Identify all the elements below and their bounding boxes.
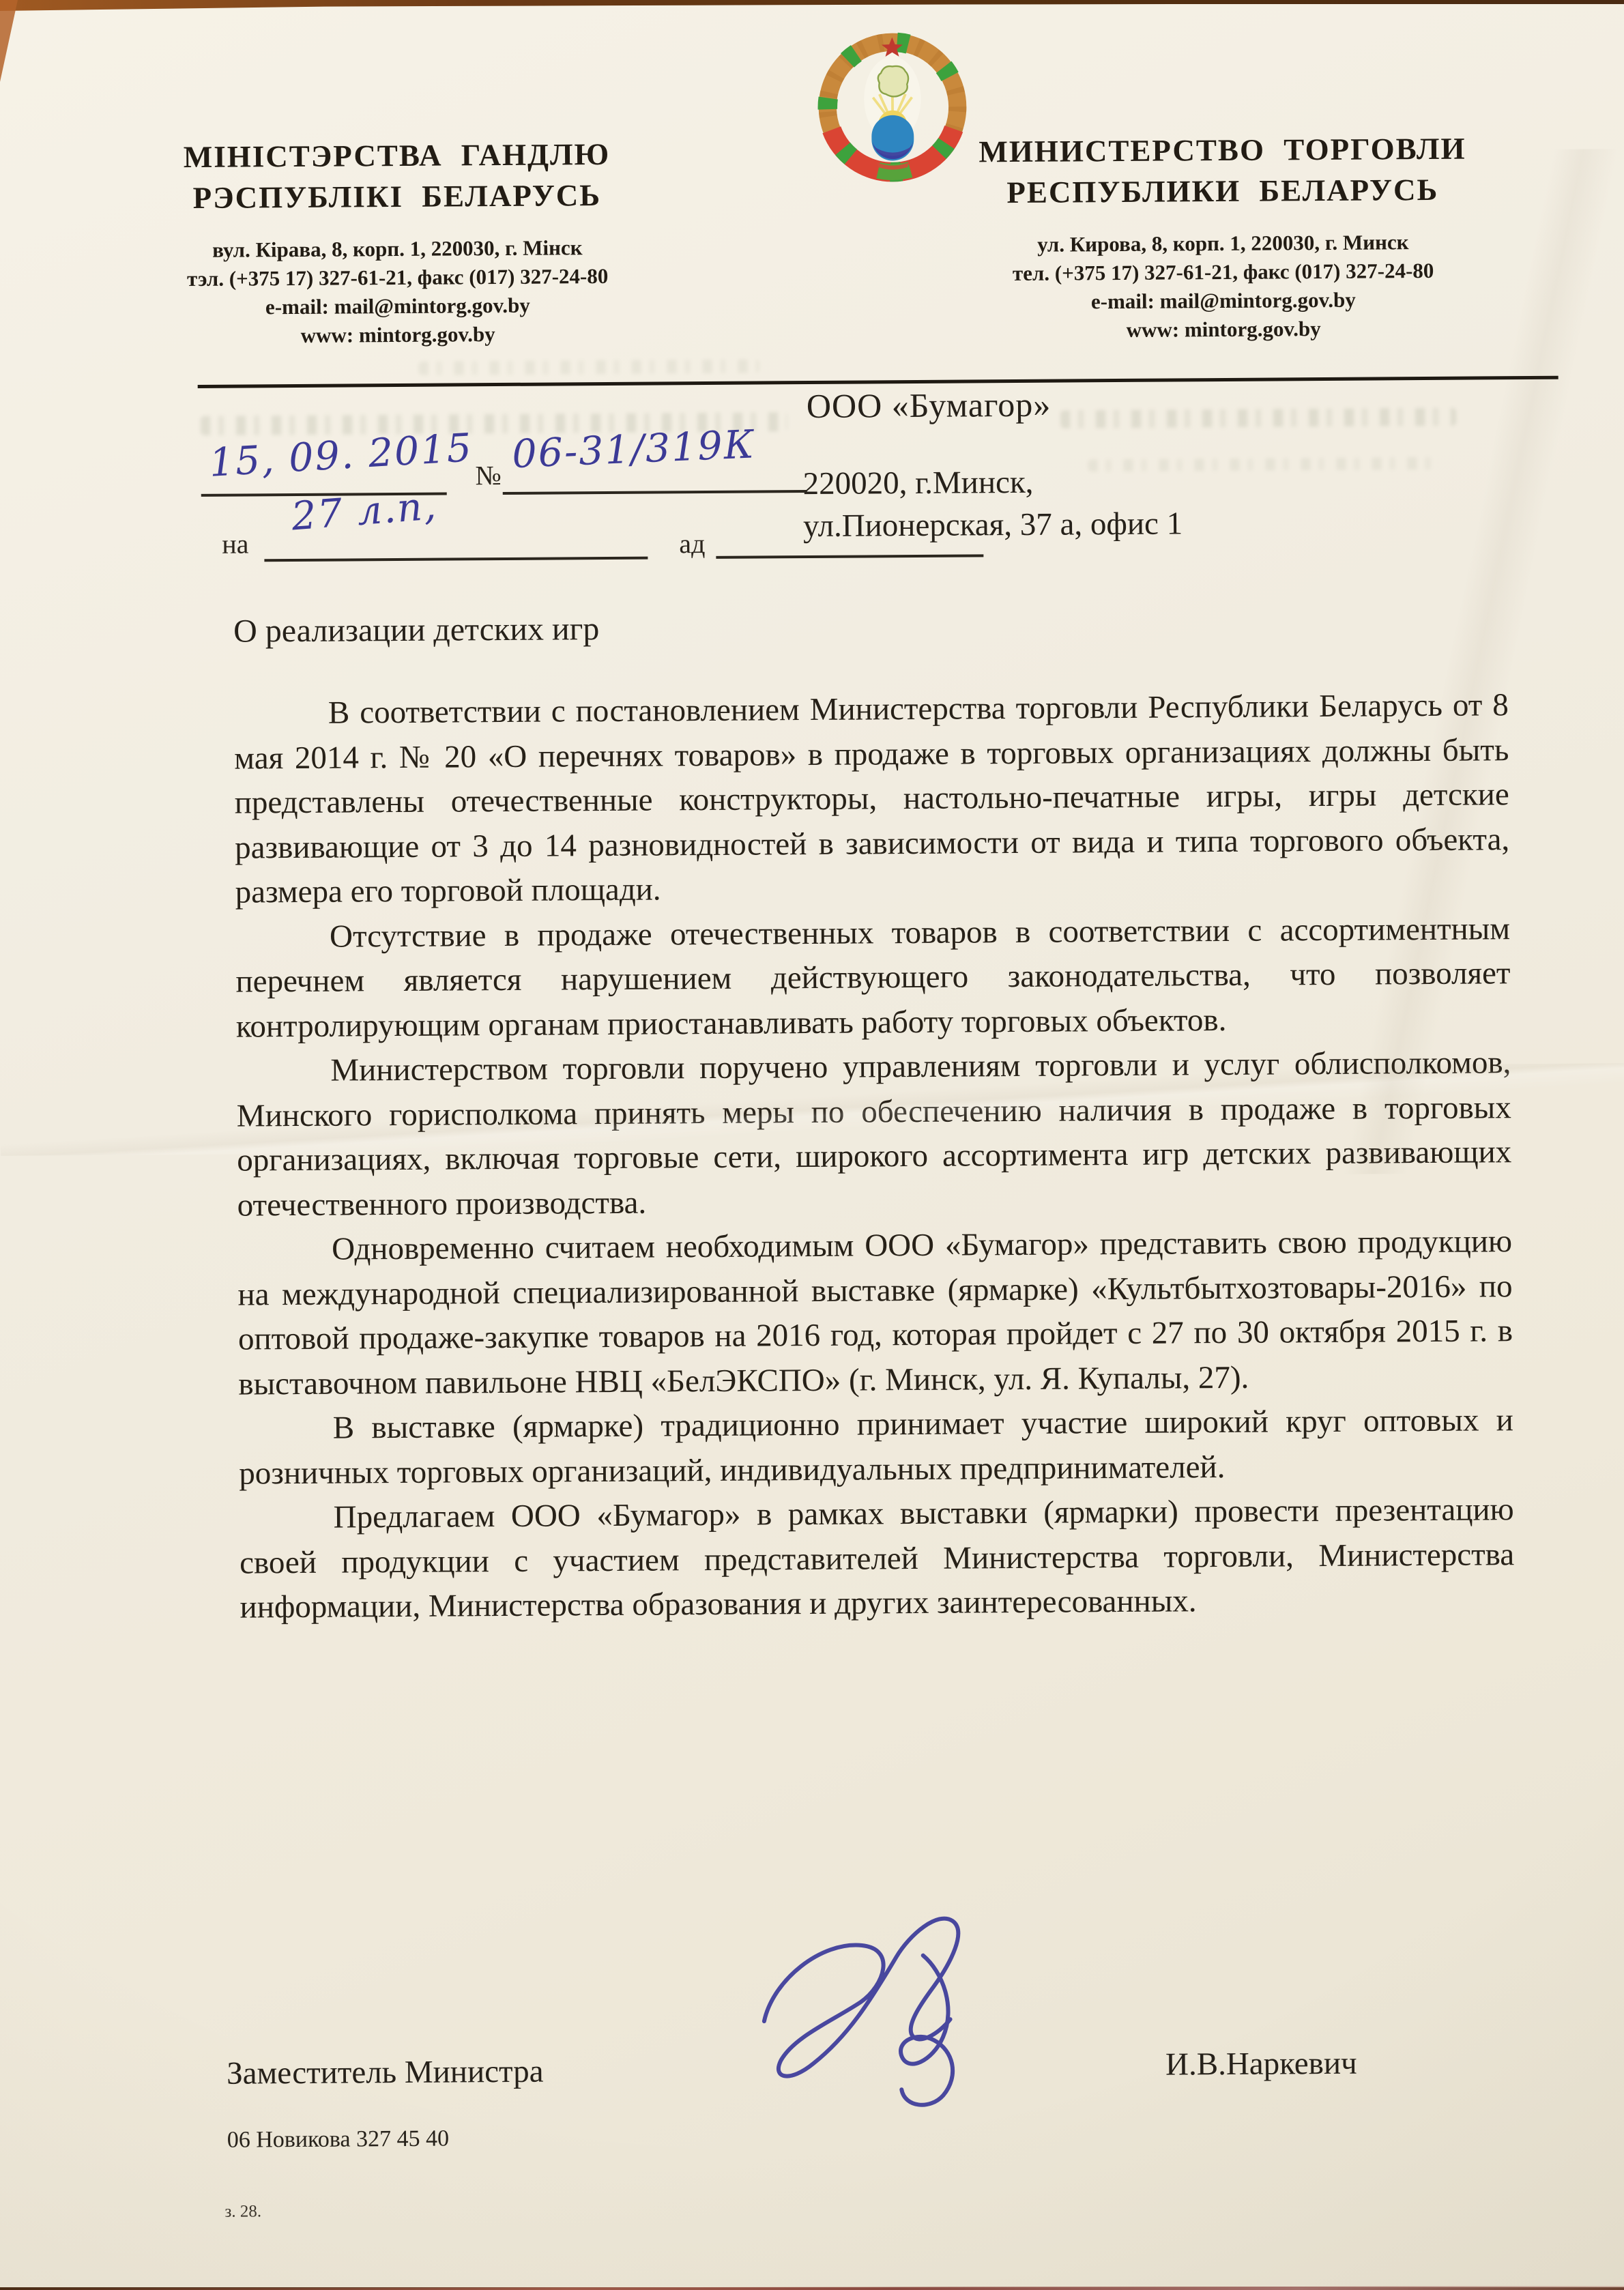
email-by: e-mail: mail@mintorg.gov.by [87, 290, 708, 323]
na-label: на [222, 527, 248, 560]
addressee-postcode-city: 220020, г.Минск, [802, 464, 1033, 502]
na-underline [264, 557, 648, 562]
paragraph: Одновременно считаем необходимым ООО «Бу… [237, 1219, 1513, 1406]
website-by: www: mintorg.gov.by [87, 319, 708, 351]
handwritten-pages: 27 л.п, [290, 483, 439, 539]
address-by: вул. Кірава, 8, корп. 1, 220030, г. Мінс… [87, 233, 708, 265]
email-ru: e-mail: mail@mintorg.gov.by [913, 285, 1534, 317]
address-ru: ул. Кирова, 8, корп. 1, 220030, г. Минск [912, 227, 1533, 260]
number-underline [503, 490, 807, 495]
scanned-letter-photo: МІНІСТЭРСТВА ГАНДЛЮ РЭСПУБЛІКІ БЕЛАРУСЬ … [0, 0, 1624, 2290]
handwritten-date: 15, 09. 2015 [208, 425, 474, 486]
paragraph: Предлагаем ООО «Бумагор» в рамках выстав… [239, 1488, 1514, 1630]
handwritten-signature-icon [737, 1867, 1032, 2115]
number-sign-label: № [475, 459, 501, 491]
addressee-street: ул.Пионерская, 37 а, офис 1 [803, 505, 1183, 545]
handwritten-outgoing-number: 06-31/319К [511, 422, 756, 477]
subject-line: О реализации детских игр [233, 610, 600, 650]
phone-ru: тел. (+375 17) 327-61-21, факс (017) 327… [913, 256, 1534, 289]
ad-label: ад [679, 527, 705, 560]
signer-title: Заместитель Министра [227, 2053, 544, 2092]
signer-name: И.В.Наркевич [1165, 2045, 1357, 2083]
letterhead-russian: МИНИСТЕРСТВО ТОРГОВЛИ РЕСПУБЛИКИ БЕЛАРУС… [912, 128, 1534, 346]
paragraph: Отсутствие в продаже отечественных товар… [235, 907, 1511, 1049]
paragraph: Министерством торговли поручено управлен… [236, 1041, 1512, 1228]
bleed-through-mark [1060, 408, 1456, 429]
letter-page: МІНІСТЭРСТВА ГАНДЛЮ РЭСПУБЛІКІ БЕЛАРУСЬ … [0, 4, 1624, 2287]
phone-by: тэл. (+375 17) 327-61-21, факс (017) 327… [87, 261, 708, 294]
letter-body: В соответствии с постановлением Министер… [234, 683, 1515, 1630]
addressee-name: ООО «Бумагор» [807, 385, 1052, 426]
paragraph: В соответствии с постановлением Министер… [234, 683, 1510, 915]
ministry-title-by-line2: РЭСПУБЛІКІ БЕЛАРУСЬ [87, 174, 708, 219]
executor-contact: 06 Новикова 327 45 40 [227, 2126, 450, 2154]
letterhead-belarusian: МІНІСТЭРСТВА ГАНДЛЮ РЭСПУБЛІКІ БЕЛАРУСЬ … [86, 133, 708, 351]
ad-underline [716, 554, 983, 559]
ministry-title-by-line1: МІНІСТЭРСТВА ГАНДЛЮ [86, 133, 707, 178]
ministry-title-ru-line2: РЕСПУБЛИКИ БЕЛАРУСЬ [912, 169, 1533, 214]
website-ru: www: mintorg.gov.by [913, 313, 1534, 346]
paragraph: В выставке (ярмарке) традиционно принима… [239, 1398, 1514, 1496]
bleed-through-mark [1088, 457, 1442, 472]
bleed-through-mark [418, 359, 759, 375]
print-order-code: з. 28. [224, 2202, 261, 2221]
ministry-title-ru-line1: МИНИСТЕРСТВО ТОРГОВЛИ [912, 128, 1533, 173]
